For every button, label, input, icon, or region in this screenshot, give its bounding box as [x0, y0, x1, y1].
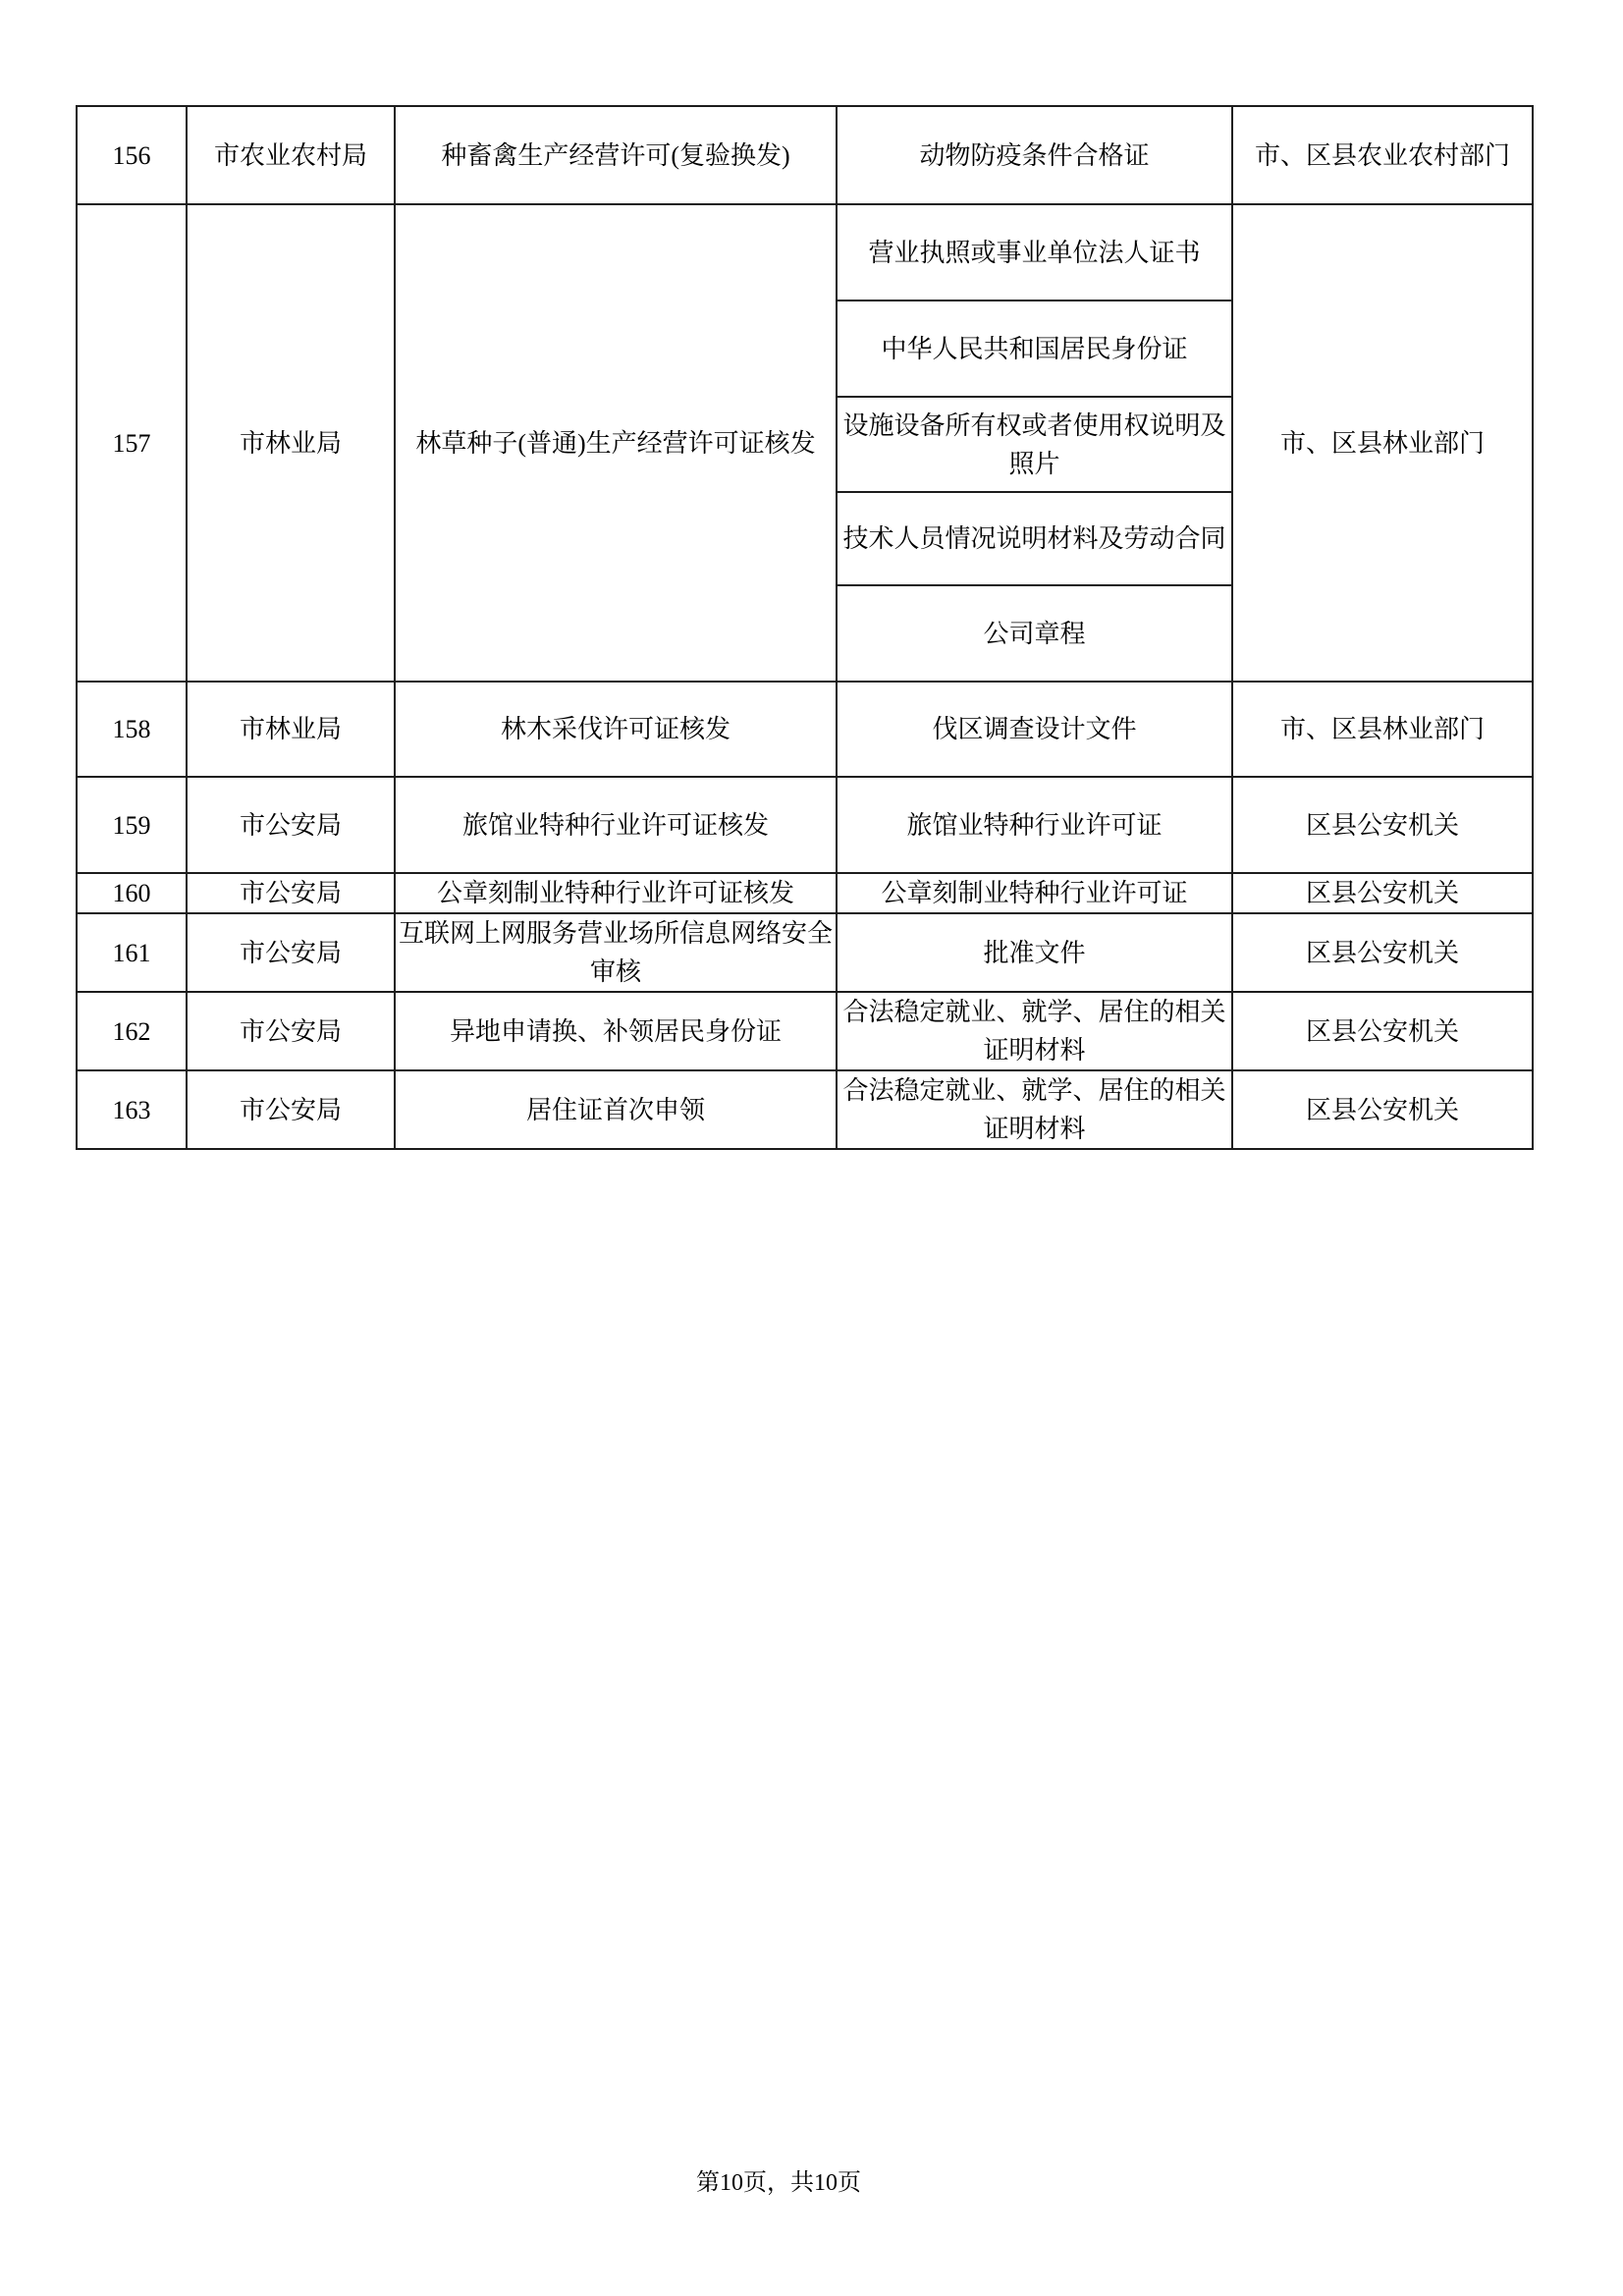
table-row: 156 市农业农村局 种畜禽生产经营许可(复验换发) 动物防疫条件合格证 市、区… [77, 106, 1533, 204]
cell-material: 中华人民共和国居民身份证 [837, 301, 1232, 397]
cell-number: 158 [77, 682, 187, 777]
cell-item: 居住证首次申领 [395, 1070, 837, 1149]
cell-material: 伐区调查设计文件 [837, 682, 1232, 777]
cell-authority: 市、区县林业部门 [1232, 682, 1533, 777]
table-row: 161 市公安局 互联网上网服务营业场所信息网络安全审核 批准文件 区县公安机关 [77, 913, 1533, 992]
cell-item: 林木采伐许可证核发 [395, 682, 837, 777]
cell-number: 160 [77, 873, 187, 913]
cell-item: 互联网上网服务营业场所信息网络安全审核 [395, 913, 837, 992]
cell-item: 异地申请换、补领居民身份证 [395, 992, 837, 1070]
cell-material: 动物防疫条件合格证 [837, 106, 1232, 204]
cell-number: 156 [77, 106, 187, 204]
page-footer: 第10页，共10页 [0, 2162, 1557, 2197]
permit-items-table: 156 市农业农村局 种畜禽生产经营许可(复验换发) 动物防疫条件合格证 市、区… [76, 105, 1534, 1150]
cell-material: 公章刻制业特种行业许可证 [837, 873, 1232, 913]
cell-authority: 区县公安机关 [1232, 777, 1533, 873]
cell-material: 公司章程 [837, 585, 1232, 682]
cell-item: 种畜禽生产经营许可(复验换发) [395, 106, 837, 204]
cell-authority: 区县公安机关 [1232, 873, 1533, 913]
cell-material: 合法稳定就业、就学、居住的相关证明材料 [837, 1070, 1232, 1149]
cell-authority: 市、区县林业部门 [1232, 204, 1533, 682]
cell-authority: 区县公安机关 [1232, 992, 1533, 1070]
cell-item: 公章刻制业特种行业许可证核发 [395, 873, 837, 913]
cell-number: 162 [77, 992, 187, 1070]
table-row: 157 市林业局 林草种子(普通)生产经营许可证核发 营业执照或事业单位法人证书… [77, 204, 1533, 301]
cell-material: 营业执照或事业单位法人证书 [837, 204, 1232, 301]
table-row: 163 市公安局 居住证首次申领 合法稳定就业、就学、居住的相关证明材料 区县公… [77, 1070, 1533, 1149]
cell-authority: 区县公安机关 [1232, 913, 1533, 992]
table-row: 162 市公安局 异地申请换、补领居民身份证 合法稳定就业、就学、居住的相关证明… [77, 992, 1533, 1070]
table-row: 159 市公安局 旅馆业特种行业许可证核发 旅馆业特种行业许可证 区县公安机关 [77, 777, 1533, 873]
document-page: 156 市农业农村局 种畜禽生产经营许可(复验换发) 动物防疫条件合格证 市、区… [0, 0, 1623, 2296]
table-row: 160 市公安局 公章刻制业特种行业许可证核发 公章刻制业特种行业许可证 区县公… [77, 873, 1533, 913]
cell-number: 161 [77, 913, 187, 992]
cell-item: 旅馆业特种行业许可证核发 [395, 777, 837, 873]
cell-number: 157 [77, 204, 187, 682]
cell-department: 市公安局 [187, 873, 395, 913]
cell-department: 市公安局 [187, 1070, 395, 1149]
cell-number: 163 [77, 1070, 187, 1149]
cell-department: 市林业局 [187, 204, 395, 682]
cell-material: 合法稳定就业、就学、居住的相关证明材料 [837, 992, 1232, 1070]
cell-number: 159 [77, 777, 187, 873]
cell-department: 市公安局 [187, 992, 395, 1070]
cell-department: 市林业局 [187, 682, 395, 777]
cell-item: 林草种子(普通)生产经营许可证核发 [395, 204, 837, 682]
cell-department: 市公安局 [187, 913, 395, 992]
cell-material: 旅馆业特种行业许可证 [837, 777, 1232, 873]
cell-authority: 市、区县农业农村部门 [1232, 106, 1533, 204]
cell-material: 技术人员情况说明材料及劳动合同 [837, 492, 1232, 585]
cell-material: 设施设备所有权或者使用权说明及照片 [837, 397, 1232, 492]
cell-authority: 区县公安机关 [1232, 1070, 1533, 1149]
cell-department: 市农业农村局 [187, 106, 395, 204]
cell-department: 市公安局 [187, 777, 395, 873]
cell-material: 批准文件 [837, 913, 1232, 992]
table-row: 158 市林业局 林木采伐许可证核发 伐区调查设计文件 市、区县林业部门 [77, 682, 1533, 777]
